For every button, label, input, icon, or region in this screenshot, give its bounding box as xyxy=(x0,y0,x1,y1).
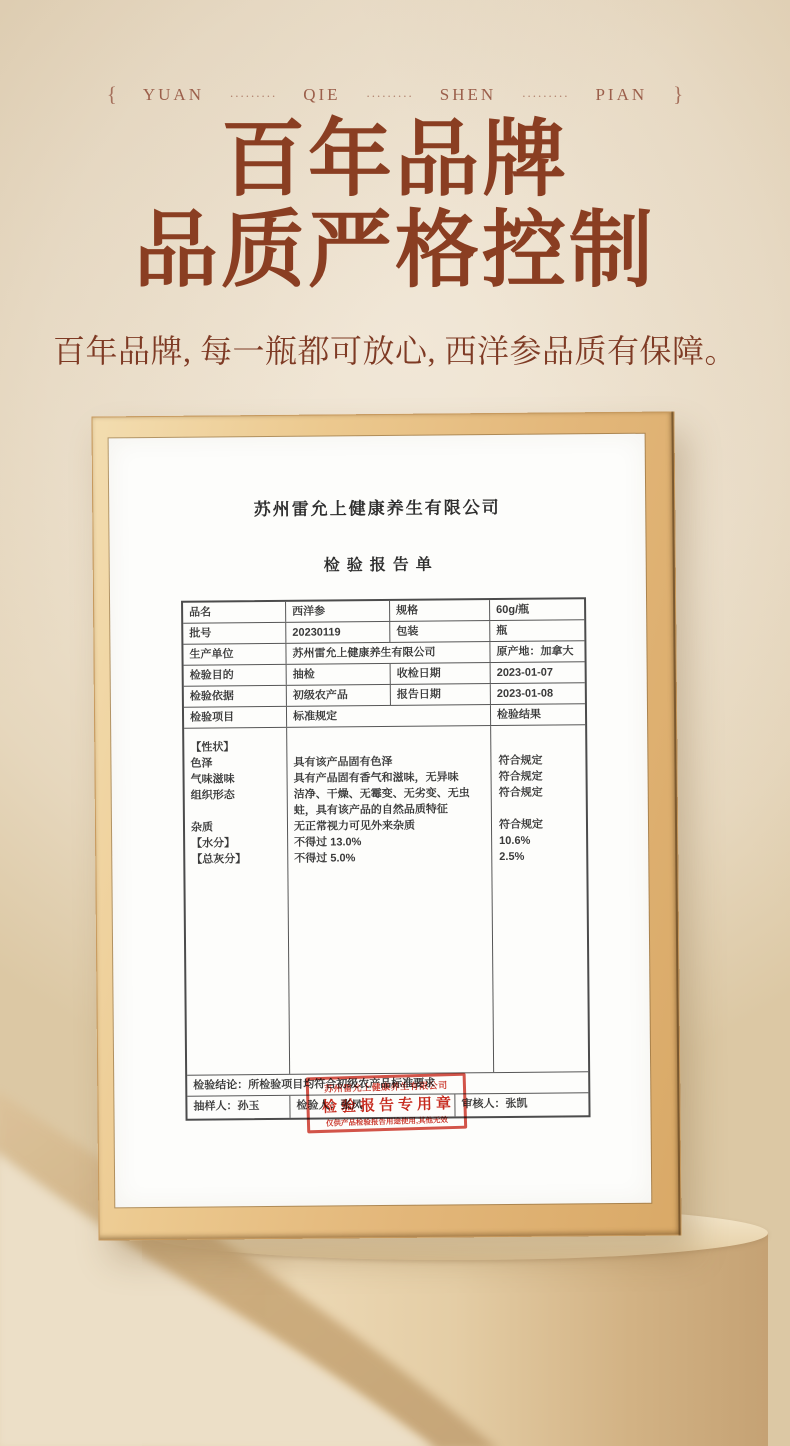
cell-label: 检验项目 xyxy=(184,707,286,728)
test-item: 【水分】 xyxy=(185,835,287,852)
cell-label: 批号 xyxy=(183,623,285,644)
cell-value: 60g/瓶 xyxy=(489,599,584,620)
pedestal-side xyxy=(142,1233,768,1446)
cell-value: 原产地：加拿大 xyxy=(489,641,584,662)
headline: 百年品牌 品质严格控制 xyxy=(0,116,790,297)
pinyin-word-qie: QIE xyxy=(303,85,340,105)
cell-value: 初级农产品 xyxy=(286,685,390,706)
cell-label: 报告日期 xyxy=(390,684,490,705)
stamp-note: 仅供产品检验报告用途使用,其他无效 xyxy=(326,1114,448,1129)
test-item: 杂质 xyxy=(185,819,287,836)
test-standard: 具有该产品固有色泽 xyxy=(286,753,490,771)
headline-line1: 百年品牌 xyxy=(0,116,790,207)
body-row: 组织形态 洁净、干燥、无霉变、无劣变、无虫蛀，具有该产品的自然品质特征 符合规定 xyxy=(185,784,586,819)
test-result: 符合规定 xyxy=(490,752,585,769)
test-result: 符合规定 xyxy=(491,768,586,785)
test-result: 10.6% xyxy=(491,832,586,849)
test-result: 符合规定 xyxy=(491,784,586,817)
cell-value: 2023-01-08 xyxy=(490,683,585,704)
report-company-name: 苏州雷允上健康养生有限公司 xyxy=(109,492,645,522)
test-item: 【总灰分】 xyxy=(185,851,287,868)
cell-value: 苏州雷允上健康养生有限公司 xyxy=(285,642,489,664)
body-row: 【总灰分】 不得过 5.0% 2.5% xyxy=(185,848,586,867)
test-standard: 不得过 13.0% xyxy=(287,833,491,851)
reviewer-name: 审核人：张凯 xyxy=(454,1093,588,1116)
cell-label: 收检日期 xyxy=(390,663,490,684)
test-item: 组织形态 xyxy=(185,787,287,820)
subtitle: 百年品牌, 每一瓶都可放心, 西洋参品质有保障。 xyxy=(0,326,790,372)
test-standard xyxy=(286,737,490,755)
test-standard: 洁净、干燥、无霉变、无劣变、无虫蛀，具有该产品的自然品质特征 xyxy=(287,785,491,819)
cell-value: 瓶 xyxy=(489,620,584,641)
pinyin-word-yuan: YUAN xyxy=(143,85,204,105)
report-title: 检验报告单 xyxy=(110,550,646,578)
stamp-main-text: 检验报告专用章 xyxy=(318,1091,456,1116)
cell-value: 抽检 xyxy=(286,664,390,685)
test-item: 【性状】 xyxy=(184,739,286,756)
sampler-name: 抽样人：孙玉 xyxy=(187,1096,289,1119)
test-standard: 具有产品固有香气和滋味，无异味 xyxy=(287,769,491,787)
cell-label: 包装 xyxy=(389,621,489,642)
report-table: 品名 西洋参 规格 60g/瓶 批号 20230119 包装 瓶 生产单位 苏州… xyxy=(181,597,591,1121)
test-item: 气味滋味 xyxy=(185,771,287,788)
cell-label: 生产单位 xyxy=(183,644,285,665)
pinyin-word-shen: SHEN xyxy=(440,85,496,105)
test-result xyxy=(490,736,585,753)
inspection-stamp: 苏州雷允上健康养生有限公司 检验报告专用章 仅供产品检验报告用途使用,其他无效 xyxy=(306,1073,468,1134)
certificate-frame: 苏州雷允上健康养生有限公司 检验报告单 品名 西洋参 规格 60g/瓶 批号 2… xyxy=(91,411,681,1240)
left-brace: { xyxy=(107,82,117,107)
cell-value: 西洋参 xyxy=(285,601,389,622)
table-body: 【性状】 色泽 具有该产品固有色泽 符合规定 气味滋味 具有产品固有香气和滋味，… xyxy=(184,725,588,1075)
promo-banner: { YUAN ......... QIE ......... SHEN ....… xyxy=(0,0,790,1446)
dot-separator: ......... xyxy=(522,85,569,104)
test-standard: 不得过 5.0% xyxy=(287,849,491,867)
test-result: 符合规定 xyxy=(491,816,586,833)
cell-label: 检验目的 xyxy=(184,665,286,686)
report-paper: 苏州雷允上健康养生有限公司 检验报告单 品名 西洋参 规格 60g/瓶 批号 2… xyxy=(109,434,652,1208)
headline-line2: 品质严格控制 xyxy=(0,207,790,298)
test-standard: 无正常视力可见外来杂质 xyxy=(287,817,491,835)
cell-label: 检验依据 xyxy=(184,686,286,707)
test-result: 2.5% xyxy=(491,848,586,865)
right-brace: } xyxy=(673,82,683,107)
cell-label: 标准规定 xyxy=(286,705,490,727)
cell-value: 2023-01-07 xyxy=(490,662,585,683)
cell-label: 品名 xyxy=(183,602,285,623)
pinyin-word-pian: PIAN xyxy=(595,85,647,105)
cell-label: 检验结果 xyxy=(490,704,585,725)
dot-separator: ......... xyxy=(230,85,277,104)
dot-separator: ......... xyxy=(367,85,414,104)
cell-value: 20230119 xyxy=(285,622,389,643)
pinyin-band: { YUAN ......... QIE ......... SHEN ....… xyxy=(0,82,790,107)
cell-label: 规格 xyxy=(389,600,489,621)
test-item: 色泽 xyxy=(184,755,286,772)
